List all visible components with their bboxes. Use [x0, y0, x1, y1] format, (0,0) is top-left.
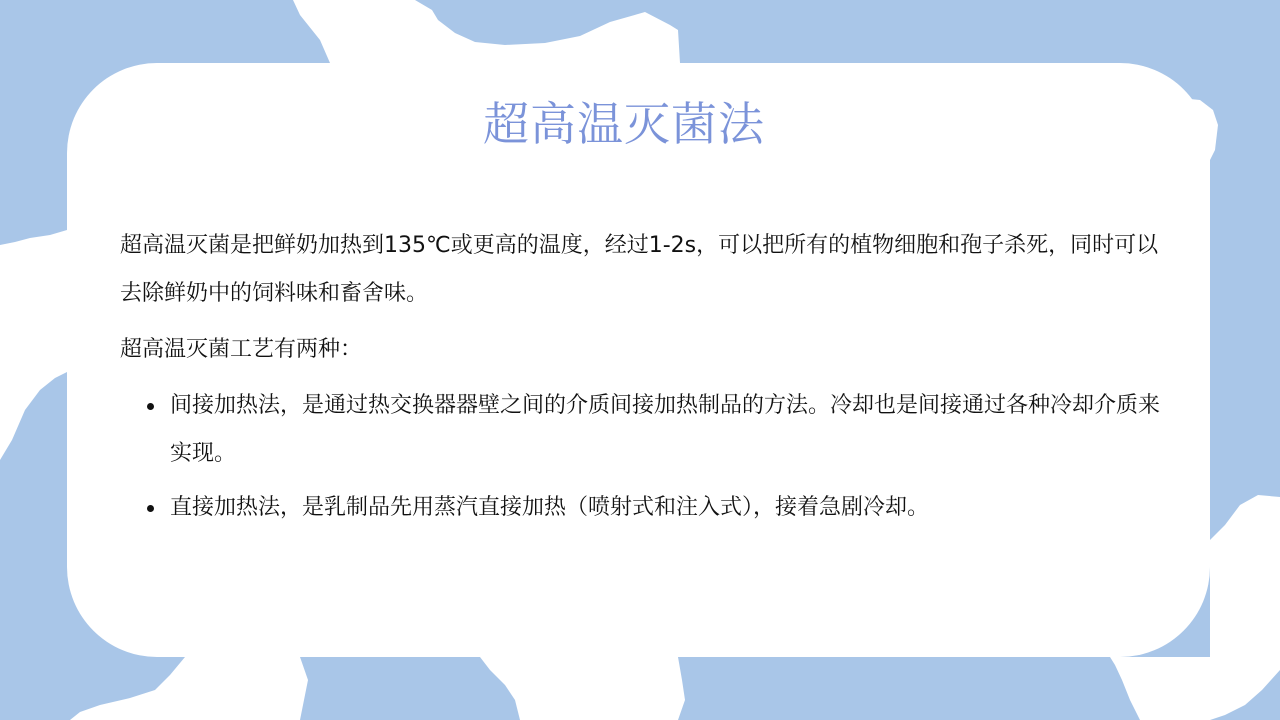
bullet-icon — [147, 403, 154, 410]
intro-paragraph: 超高温灭菌是把鲜奶加热到135℃或更高的温度，经过1-2s，可以把所有的植物细胞… — [120, 222, 1170, 318]
slide-body: 超高温灭菌是把鲜奶加热到135℃或更高的温度，经过1-2s，可以把所有的植物细胞… — [120, 222, 1170, 538]
slide-title: 超高温灭菌法 — [0, 88, 1248, 154]
methods-heading: 超高温灭菌工艺有两种： — [120, 326, 1170, 374]
list-item-indirect-heating: 间接加热法，是通过热交换器器壁之间的介质间接加热制品的方法。冷却也是间接通过各种… — [120, 382, 1170, 478]
torn-paper-blob-left — [0, 230, 67, 460]
list-item-text: 间接加热法，是通过热交换器器壁之间的介质间接加热制品的方法。冷却也是间接通过各种… — [170, 393, 1160, 466]
list-item-direct-heating: 直接加热法，是乳制品先用蒸汽直接加热（喷射式和注入式），接着急剧冷却。 — [120, 484, 1170, 532]
torn-paper-blob-top — [293, 0, 680, 63]
bullet-icon — [147, 505, 154, 512]
list-item-text: 直接加热法，是乳制品先用蒸汽直接加热（喷射式和注入式），接着急剧冷却。 — [170, 495, 929, 520]
torn-paper-blob-bottom-left — [70, 657, 308, 720]
methods-list: 间接加热法，是通过热交换器器壁之间的介质间接加热制品的方法。冷却也是间接通过各种… — [120, 382, 1170, 532]
torn-paper-blob-bottom-center — [480, 657, 685, 720]
